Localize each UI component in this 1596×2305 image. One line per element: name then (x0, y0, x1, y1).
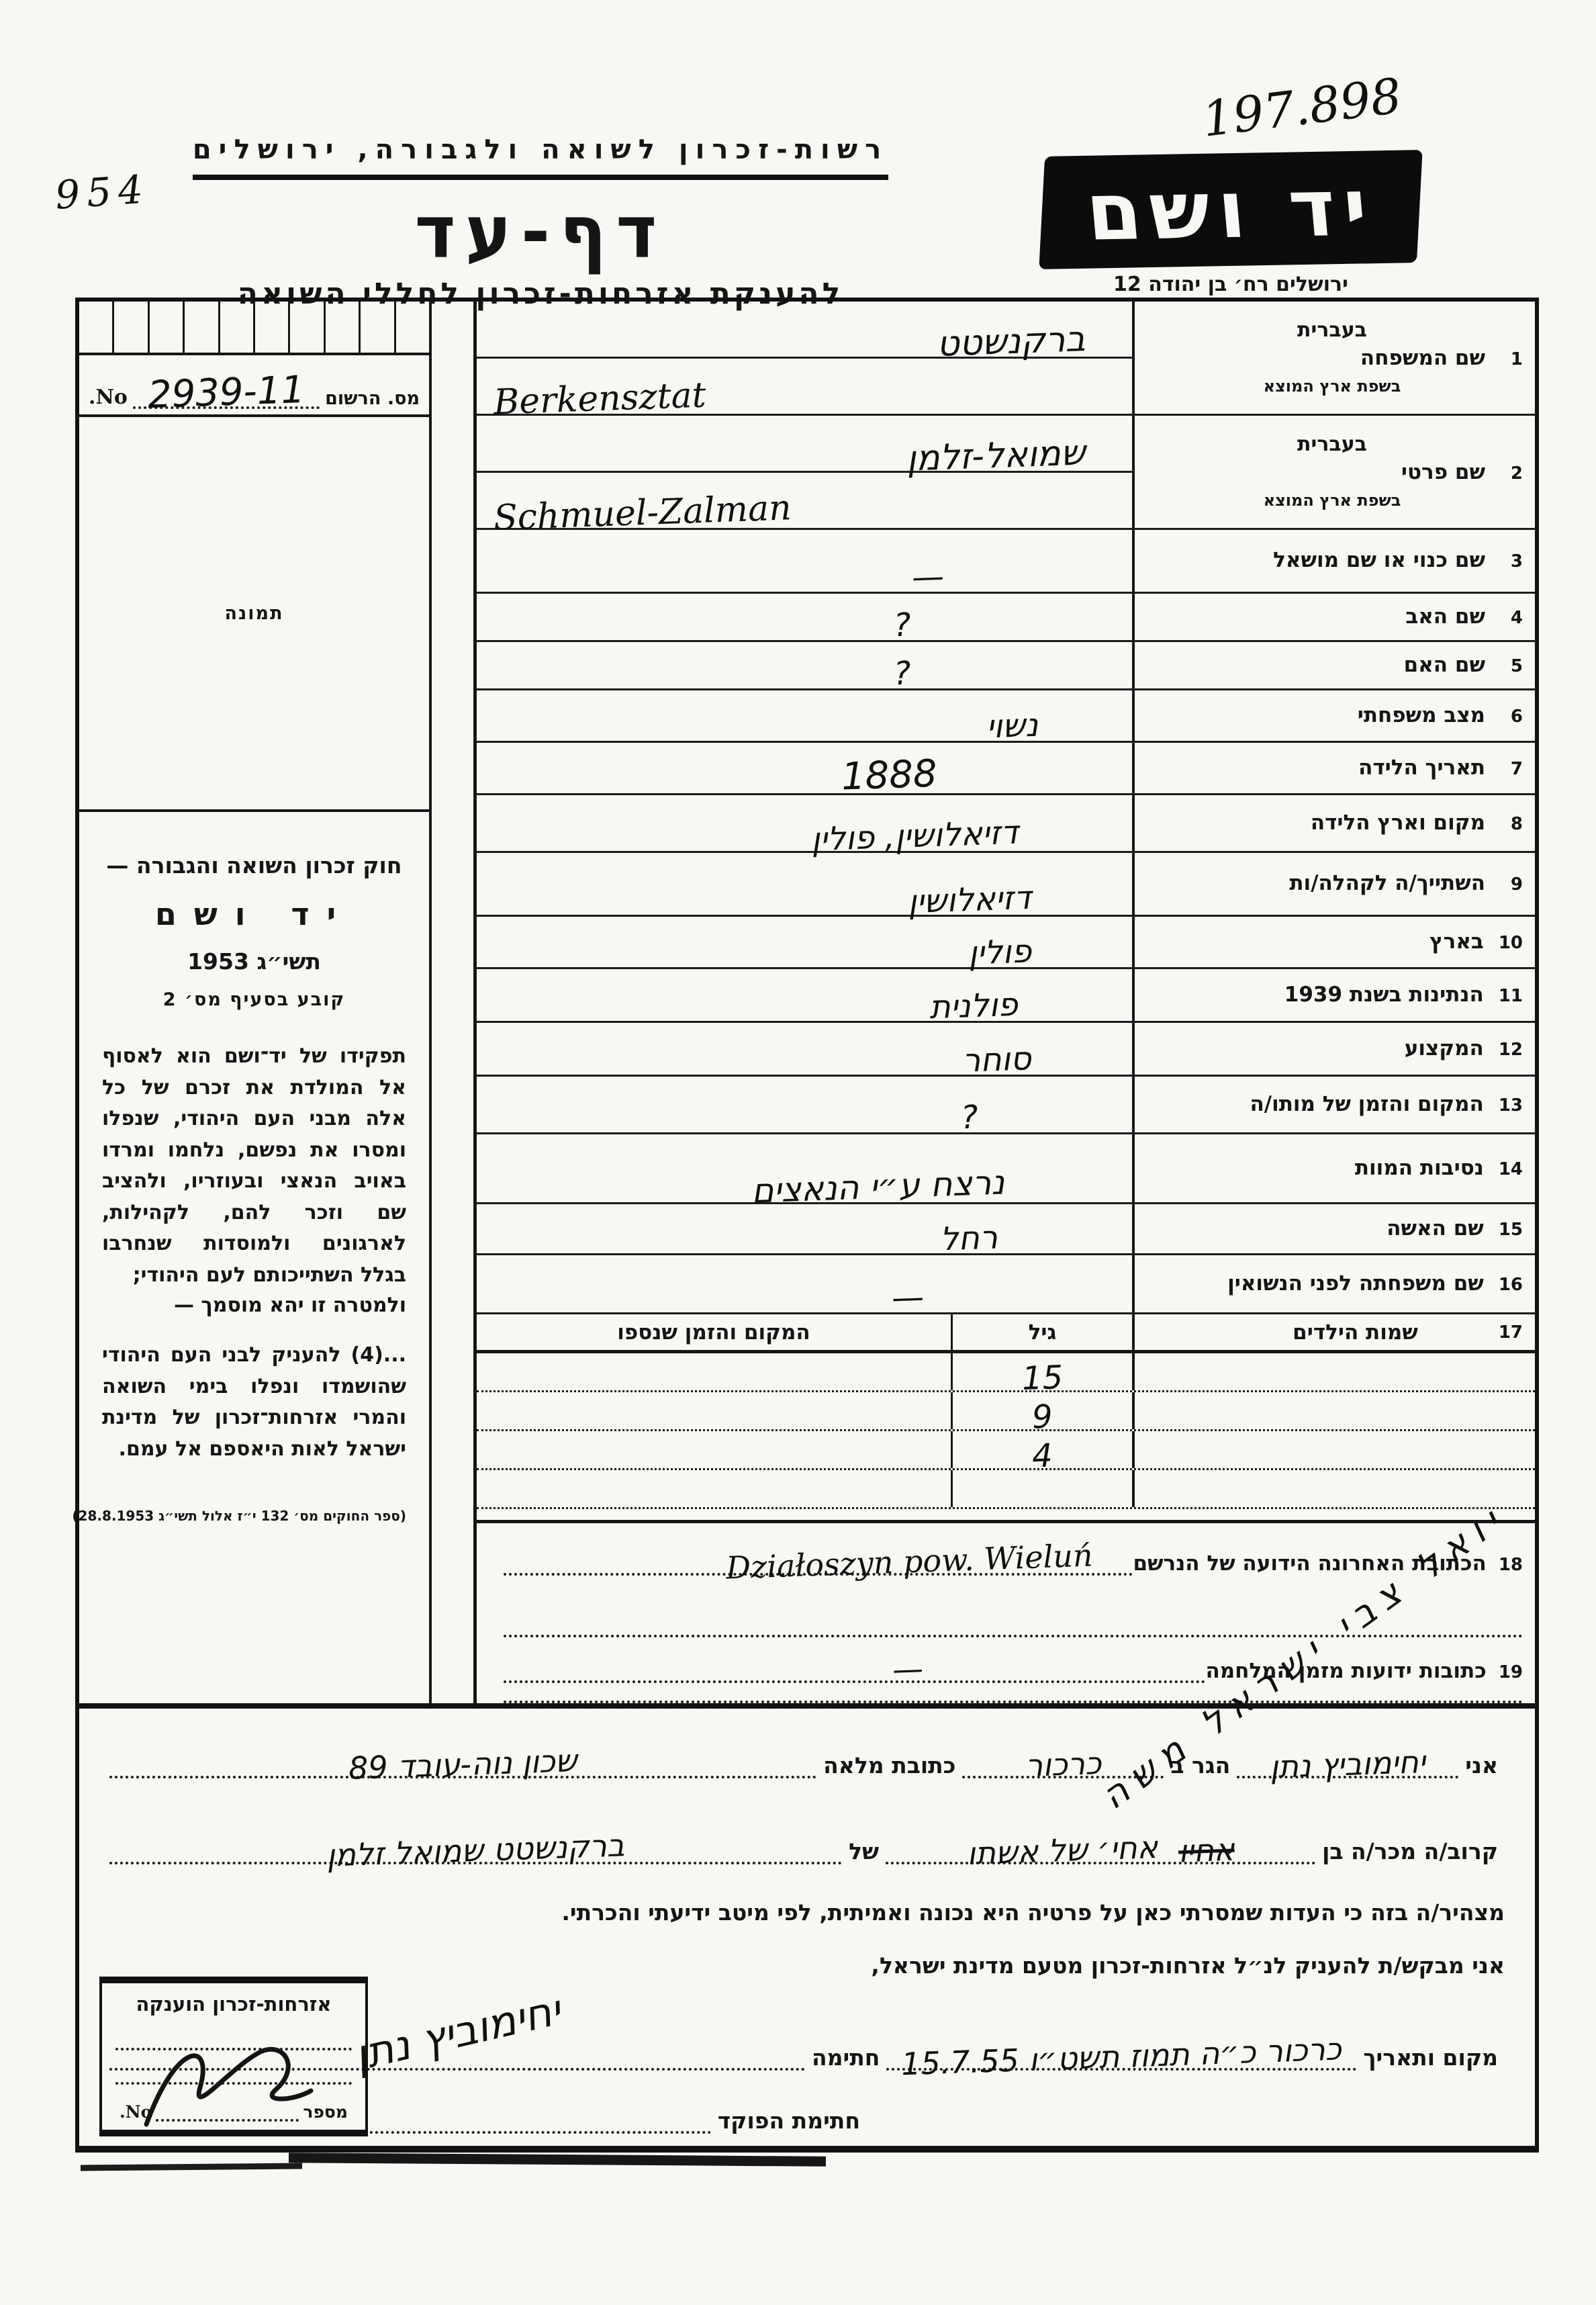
field-13-label: המקום והזמן של מותו/ה (1250, 1092, 1483, 1116)
law-title-line: חוק זכרון השואה והגבורה — (102, 852, 406, 878)
form-upper-section: בעברית 1שם המשפחה בשפת ארץ המוצא ברקנשטט… (79, 302, 1535, 1709)
field-3-value: — (911, 557, 945, 596)
full-address-handwriting: שכון נוה-עובד 89 (348, 1742, 578, 1787)
child-row-empty (477, 1470, 1535, 1509)
children-place-header: המקום והזמן שנספו (477, 1314, 951, 1350)
field-15-value: רחל (939, 1219, 998, 1259)
coding-strip (79, 302, 429, 355)
granted-box-blank-line (115, 2033, 352, 2050)
law-paragraph-3: ...(4) להעניק לבני העם היהודי שהושמדו ונ… (102, 1340, 406, 1465)
field-8-label: מקום וארץ הלידה (1311, 811, 1485, 835)
field-row-death-place-time: 13המקום והזמן של מותו/ה ? (477, 1077, 1535, 1134)
photo-label: תמונה (224, 603, 283, 624)
field-2-sub-label: בשפת ארץ המוצא (1141, 491, 1523, 510)
field-1-sub-label: בשפת ארץ המוצא (1141, 377, 1523, 396)
field-row-family-name: בעברית 1שם המשפחה בשפת ארץ המוצא ברקנשטט… (477, 302, 1535, 416)
field-2-top-label: בעברית (1141, 433, 1523, 456)
field-5-label: שם האם (1404, 653, 1485, 677)
declaration-statement: מצהיר/ה בזה כי העדות שמסרתי כאן על פרטיה… (109, 1899, 1505, 1926)
field-10-value: פולין (968, 932, 1032, 972)
field-9-value: דזיאלושין (907, 879, 1032, 921)
children-table-header: 17שמות הילדים גיל המקום והזמן שנספו (477, 1314, 1535, 1353)
law-excerpt: חוק זכרון השואה והגבורה — יד ושם תשי״ג 1… (79, 812, 429, 1703)
form-title: דף-עד (171, 189, 910, 275)
granted-box-blank-line (115, 2068, 352, 2085)
field-12-label: המקצוע (1405, 1036, 1484, 1060)
field-row-death-circumstances: 14נסיבות המוות נרצח ע״י הנאצים (477, 1134, 1535, 1204)
law-source-note: (ספר החוקים מס׳ 132 י״ז אלול תשי״ג 28.8.… (102, 1508, 406, 1524)
law-paragraph-1: תפקידו של יד־ושם הוא לאסוף אל המולדת את … (102, 1041, 406, 1291)
child-row: 15 (477, 1353, 1535, 1392)
photo-box: תמונה (79, 417, 429, 812)
authority-line: רשות-זכרון לשואה ולגבורה, ירושלים (193, 134, 888, 180)
field-6-label: מצב משפחתי (1358, 703, 1485, 727)
law-yad-vashem-line: יד ושם (102, 896, 406, 932)
children-age-header: גיל (951, 1314, 1132, 1350)
field-4-value: ? (893, 606, 911, 645)
field-7-value: 1888 (841, 752, 938, 799)
form-header: רשות-זכרון לשואה ולגבורה, ירושלים דף-עד … (171, 134, 910, 311)
children-names-header: שמות הילדים (1293, 1320, 1418, 1345)
field-15-label: שם האשה (1387, 1216, 1484, 1240)
fields-region: בעברית 1שם המשפחה בשפת ארץ המוצא ברקנשטט… (473, 302, 1535, 1703)
left-column: מס. הרשום 2939-11 No. תמונה חוק זכרון הש… (79, 302, 432, 1703)
field-3-label: שם כנוי או שם מושאל (1273, 548, 1485, 572)
field-row-father-name: 4שם האב ? (477, 594, 1535, 642)
field-row-birth-date: 7תאריך הלידה 1888 (477, 743, 1535, 795)
field-4-label: שם האב (1405, 604, 1485, 629)
field-row-nickname: 3שם כנוי או שם מושאל — (477, 530, 1535, 594)
field-14-value: נרצח ע״י הנאצים (751, 1163, 1005, 1210)
field-5-value: ? (893, 655, 911, 693)
file-number-annotation: 197.898 (1199, 67, 1405, 148)
citizenship-granted-box: אזרחות-זכרון הוענקה מספר No. (99, 1977, 368, 2136)
field-2-number: 2 (1500, 463, 1523, 484)
field-2-label: שם פרטי (1401, 460, 1485, 484)
child-row: 4 (477, 1431, 1535, 1470)
scan-artifact (81, 2163, 302, 2171)
field-8-value: דזיאלושין, פולין (810, 814, 1019, 859)
field-16-value: — (891, 1278, 925, 1317)
of-label: של (849, 1838, 879, 1864)
witness-name-handwriting: יחימוביץ נתן (1269, 1744, 1426, 1785)
field-row-community: 9השתייך/ה לקהלה/ות דזיאלושין (477, 853, 1535, 917)
field-1-label: שם המשפחה (1360, 346, 1485, 370)
batch-number-annotation: 954 (54, 166, 151, 218)
field-row-wartime-addresses: 19כתובות ידועות מזמן המלחמה — (477, 1637, 1535, 1703)
field-9-label: השתייך/ה לקהלה/ות (1289, 871, 1485, 895)
field-row-first-name: בעברית 2שם פרטי בשפת ארץ המוצא שמואל-זלמ… (477, 416, 1535, 530)
registration-label: מס. הרשום (325, 388, 420, 409)
child-row: 9 (477, 1392, 1535, 1431)
granted-box-title: אזרחות-זכרון הוענקה (115, 1993, 352, 2016)
field-row-citizenship-1939: 11הנתינות בשנת 1939 פולנית (477, 969, 1535, 1023)
field-17-number: 17 (1499, 1322, 1523, 1343)
field-16-label: שם משפחתה לפני הנשואין (1227, 1271, 1484, 1296)
relation-handwriting: אחי׳ של אשתו (966, 1829, 1158, 1872)
registration-number-value: 2939-11 (147, 368, 306, 417)
field-10-label: בארץ (1429, 930, 1484, 954)
witness-signature-handwriting: יחימוביץ נתן (349, 1985, 565, 2080)
field-1-value-hebrew: ברקנשטט (936, 319, 1086, 365)
logo-text: יד ושם (1082, 161, 1379, 258)
child-1-age: 15 (1021, 1359, 1064, 1398)
form-body: בעברית 1שם המשפחה בשפת ארץ המוצא ברקנשטט… (75, 298, 1539, 2153)
victim-name-handwriting: ברקנשטט שמואל זלמן (326, 1827, 626, 1873)
field-19-value: — (892, 1650, 925, 1688)
field-row-profession: 12המקצוע סוחר (477, 1023, 1535, 1077)
field-7-label: תאריך הלידה (1358, 756, 1485, 780)
field-2-label-cell: בעברית 2שם פרטי בשפת ארץ המוצא (1132, 416, 1535, 528)
law-paragraph-2: ולמטרה זו יהא מוסמך — (102, 1294, 406, 1317)
residence-handwriting: כרכור (1025, 1745, 1102, 1784)
field-6-value: נשוי (986, 707, 1039, 746)
declaration-line-relation: קרוב/ה מכר/ה בן אחיו אחי׳ של אשתו של ברק… (109, 1825, 1505, 1864)
field-row-mother-name: 5שם האם ? (477, 642, 1535, 690)
field-2-value-hebrew: שמואל-זלמן (906, 433, 1086, 479)
child-3-age: 4 (1031, 1437, 1053, 1475)
field-14-label: נסיבות המוות (1355, 1156, 1484, 1180)
field-12-value: סוחר (961, 1040, 1032, 1080)
logo-address: ירושלים רח׳ בן יהודה 12 (1042, 273, 1419, 296)
field-11-label: הנתינות בשנת 1939 (1284, 983, 1484, 1007)
granted-no-label: No. (120, 2102, 152, 2122)
field-1-top-label: בעברית (1141, 318, 1523, 342)
field-row-birth-place: 8מקום וארץ הלידה דזיאלושין, פולין (477, 795, 1535, 853)
no-label: No. (89, 386, 128, 409)
place-date-handwriting: כרכור כ״ה תמוז תשט״ו 15.7.55 (901, 2031, 1342, 2083)
law-section-line: קובע בסעיף מס׳ 2 (102, 989, 406, 1010)
full-address-label: כתובת מלאה (823, 1752, 955, 1778)
granted-number-blank (156, 2119, 299, 2122)
field-row-maiden-name: 16שם משפחתה לפני הנשואין — (477, 1255, 1535, 1314)
registration-number-row: מס. הרשום 2939-11 No. (79, 355, 429, 417)
children-table-footer-space (477, 1509, 1535, 1523)
relation-label: קרוב/ה מכר/ה בן (1322, 1838, 1498, 1864)
scan-artifact (289, 2153, 826, 2167)
field-row-marital-status: 6מצב משפחתי נשוי (477, 690, 1535, 743)
field-13-value: ? (960, 1099, 978, 1137)
declaration-section: אני יחימוביץ נתן הגר ב כרכור כתובת מלאה … (79, 1709, 1535, 2147)
field-1-label-cell: בעברית 1שם המשפחה בשפת ארץ המוצא (1132, 302, 1535, 414)
declaration-line-identity: אני יחימוביץ נתן הגר ב כרכור כתובת מלאה … (109, 1739, 1505, 1778)
granted-number-label: מספר (303, 2102, 348, 2122)
place-date-label: מקום ותאריך (1363, 2044, 1498, 2071)
relation-struck-handwriting: אחיו (1178, 1832, 1235, 1870)
field-1-number: 1 (1500, 349, 1523, 369)
child-2-age: 9 (1031, 1398, 1053, 1436)
law-year-line: תשי״ג 1953 (102, 948, 406, 975)
field-row-country: 10בארץ פולין (477, 917, 1535, 969)
declaration-request: אני מבקש/ת להעניק לנ״ל אזרחות-זכרון מטעם… (109, 1952, 1505, 1979)
signature-label: חתימה (812, 2044, 880, 2071)
children-table-body: 15 9 4 יואל (477, 1353, 1535, 1509)
i-label: אני (1465, 1752, 1498, 1778)
testimony-page-scan: 197.898 954 רשות-זכרון לשואה ולגבורה, יר… (0, 0, 1596, 2305)
yad-vashem-logo: יד ושם (1039, 150, 1422, 269)
field-11-value: פולנית (929, 986, 1019, 1027)
clerk-signature-label: חתימת הפוקד (718, 2108, 860, 2134)
field-row-wife-name: 15שם האשה רחל (477, 1204, 1535, 1255)
